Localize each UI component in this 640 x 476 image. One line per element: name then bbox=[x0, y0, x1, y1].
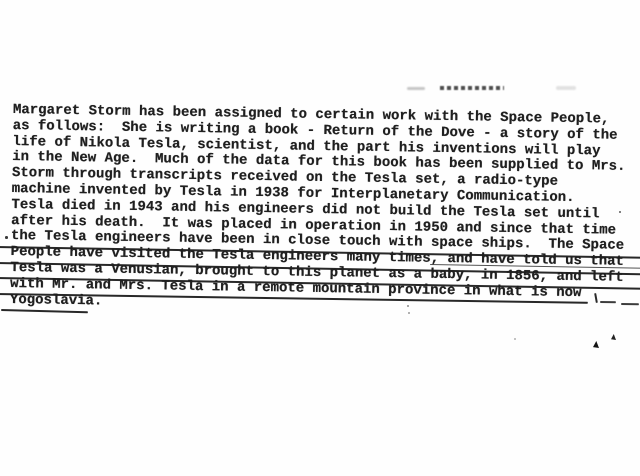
ink-speck bbox=[611, 334, 616, 340]
document-text: Margaret Storm has been assigned to cert… bbox=[10, 103, 640, 319]
ink-speck bbox=[593, 341, 599, 348]
faded-stamp-mark bbox=[440, 86, 504, 90]
ink-speck bbox=[5, 236, 8, 239]
faded-stamp-mark bbox=[407, 87, 425, 90]
underline-stroke bbox=[1, 309, 88, 314]
ink-speck bbox=[514, 338, 516, 340]
faded-stamp-mark bbox=[556, 86, 576, 90]
scanned-document-page: Margaret Storm has been assigned to cert… bbox=[0, 0, 640, 476]
